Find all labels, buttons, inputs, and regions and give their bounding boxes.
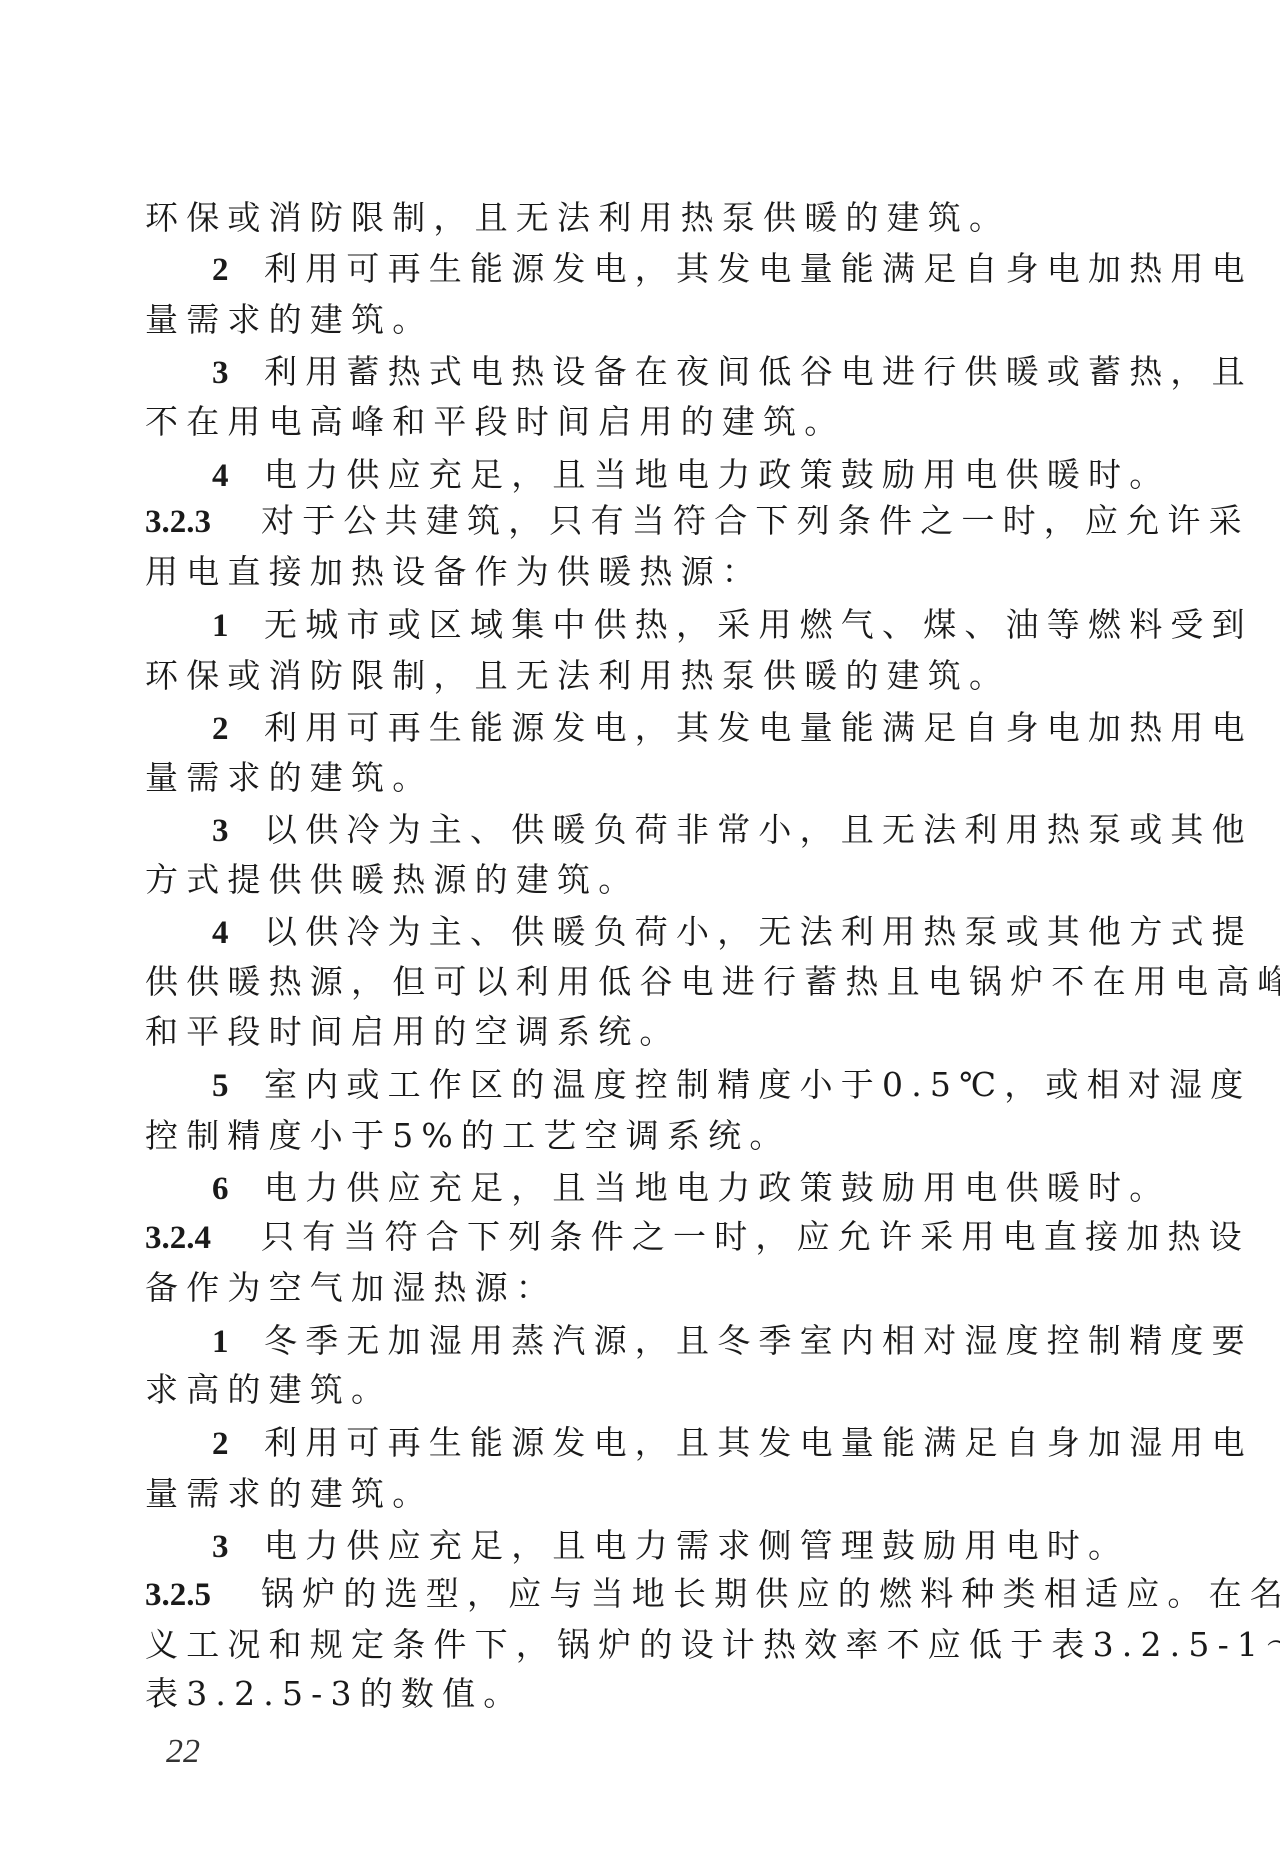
line-text: 表3.2.5-3的数值。: [145, 1674, 525, 1713]
line-text: 利用可再生能源发电，且其发电量能满足自身加湿用电: [264, 1423, 1253, 1462]
item-number: 2: [212, 704, 264, 754]
item-number: 3: [212, 806, 264, 856]
text-line: 供供暖热源，但可以利用低谷电进行蓄热且电锅炉不在用电高峰: [145, 957, 1090, 1007]
text-line: 环保或消防限制，且无法利用热泵供暖的建筑。: [145, 651, 1090, 701]
line-text: 利用蓄热式电热设备在夜间低谷电进行供暖或蓄热，且: [264, 352, 1253, 391]
line-text: 无城市或区域集中供热，采用燃气、煤、油等燃料受到: [264, 605, 1253, 644]
line-text: 环保或消防限制，且无法利用热泵供暖的建筑。: [145, 198, 1010, 237]
line-text: 用电直接加热设备作为供暖热源：: [145, 552, 763, 591]
text-line: 控制精度小于5%的工艺空调系统。: [145, 1111, 1090, 1161]
item-number: 6: [212, 1164, 264, 1214]
document-page: 环保或消防限制，且无法利用热泵供暖的建筑。2利用可再生能源发电，其发电量能满足自…: [0, 0, 1280, 1853]
line-text: 义工况和规定条件下，锅炉的设计热效率不应低于表3.2.5-1～: [145, 1625, 1280, 1664]
line-text: 电力供应充足，且当地电力政策鼓励用电供暖时。: [264, 1168, 1170, 1207]
line-text: 控制精度小于5%的工艺空调系统。: [145, 1116, 791, 1155]
line-text: 求高的建筑。: [145, 1370, 392, 1409]
text-line: 方式提供供暖热源的建筑。: [145, 855, 1090, 905]
text-line: 量需求的建筑。: [145, 295, 1090, 345]
line-text: 量需求的建筑。: [145, 1474, 433, 1513]
line-text: 不在用电高峰和平段时间启用的建筑。: [145, 402, 845, 441]
item-number: 4: [212, 908, 264, 958]
line-text: 和平段时间启用的空调系统。: [145, 1012, 681, 1051]
item-number: 3: [212, 348, 264, 398]
list-item-line: 6电力供应充足，且当地电力政策鼓励用电供暖时。: [212, 1163, 1090, 1213]
text-line: 备作为空气加湿热源：: [145, 1263, 1090, 1313]
line-text: 以供冷为主、供暖负荷小，无法利用热泵或其他方式提: [264, 912, 1253, 951]
line-text: 备作为空气加湿热源：: [145, 1268, 557, 1307]
line-text: 利用可再生能源发电，其发电量能满足自身电加热用电: [264, 249, 1253, 288]
list-item-line: 2利用可再生能源发电，其发电量能满足自身电加热用电: [212, 244, 1090, 294]
list-item-line: 4以供冷为主、供暖负荷小，无法利用热泵或其他方式提: [212, 907, 1090, 957]
clause-line: 3.2.3对于公共建筑，只有当符合下列条件之一时，应允许采: [145, 496, 1090, 546]
page-number: 22: [166, 1733, 200, 1771]
list-item-line: 4电力供应充足，且当地电力政策鼓励用电供暖时。: [212, 450, 1090, 500]
text-line: 表3.2.5-3的数值。: [145, 1669, 1090, 1719]
clause-line: 3.2.4只有当符合下列条件之一时，应允许采用电直接加热设: [145, 1212, 1090, 1262]
line-text: 锅炉的选型，应与当地长期供应的燃料种类相适应。在名: [261, 1574, 1280, 1613]
list-item-line: 3利用蓄热式电热设备在夜间低谷电进行供暖或蓄热，且: [212, 347, 1090, 397]
clause-line: 3.2.5锅炉的选型，应与当地长期供应的燃料种类相适应。在名: [145, 1569, 1090, 1619]
line-text: 量需求的建筑。: [145, 758, 433, 797]
list-item-line: 3以供冷为主、供暖负荷非常小，且无法利用热泵或其他: [212, 805, 1090, 855]
list-item-line: 1无城市或区域集中供热，采用燃气、煤、油等燃料受到: [212, 600, 1090, 650]
text-line: 义工况和规定条件下，锅炉的设计热效率不应低于表3.2.5-1～: [145, 1620, 1090, 1670]
line-text: 电力供应充足，且当地电力政策鼓励用电供暖时。: [264, 455, 1170, 494]
text-line: 量需求的建筑。: [145, 1469, 1090, 1519]
list-item-line: 2利用可再生能源发电，且其发电量能满足自身加湿用电: [212, 1418, 1090, 1468]
item-number: 1: [212, 1317, 264, 1367]
item-number: 5: [212, 1061, 264, 1111]
text-line: 用电直接加热设备作为供暖热源：: [145, 547, 1090, 597]
line-text: 环保或消防限制，且无法利用热泵供暖的建筑。: [145, 656, 1010, 695]
text-line: 环保或消防限制，且无法利用热泵供暖的建筑。: [145, 193, 1090, 243]
text-line: 求高的建筑。: [145, 1365, 1090, 1415]
item-number: 3: [212, 1522, 264, 1572]
list-item-line: 5室内或工作区的温度控制精度小于0.5℃，或相对湿度: [212, 1060, 1090, 1110]
list-item-line: 1冬季无加湿用蒸汽源，且冬季室内相对湿度控制精度要: [212, 1316, 1090, 1366]
list-item-line: 2利用可再生能源发电，其发电量能满足自身电加热用电: [212, 703, 1090, 753]
item-number: 4: [212, 451, 264, 501]
text-line: 不在用电高峰和平段时间启用的建筑。: [145, 397, 1090, 447]
line-text: 利用可再生能源发电，其发电量能满足自身电加热用电: [264, 708, 1253, 747]
line-text: 以供冷为主、供暖负荷非常小，且无法利用热泵或其他: [264, 810, 1253, 849]
item-number: 2: [212, 1419, 264, 1469]
line-text: 方式提供供暖热源的建筑。: [145, 860, 639, 899]
clause-number: 3.2.4: [145, 1213, 261, 1263]
text-line: 量需求的建筑。: [145, 753, 1090, 803]
list-item-line: 3电力供应充足，且电力需求侧管理鼓励用电时。: [212, 1521, 1090, 1571]
line-text: 对于公共建筑，只有当符合下列条件之一时，应允许采: [261, 501, 1250, 540]
item-number: 2: [212, 245, 264, 295]
text-line: 和平段时间启用的空调系统。: [145, 1007, 1090, 1057]
clause-number: 3.2.3: [145, 497, 261, 547]
item-number: 1: [212, 601, 264, 651]
line-text: 冬季无加湿用蒸汽源，且冬季室内相对湿度控制精度要: [264, 1321, 1253, 1360]
line-text: 室内或工作区的温度控制精度小于0.5℃，或相对湿度: [264, 1065, 1251, 1104]
clause-number: 3.2.5: [145, 1570, 261, 1620]
line-text: 只有当符合下列条件之一时，应允许采用电直接加热设: [261, 1217, 1250, 1256]
line-text: 供供暖热源，但可以利用低谷电进行蓄热且电锅炉不在用电高峰: [145, 962, 1280, 1001]
line-text: 量需求的建筑。: [145, 300, 433, 339]
line-text: 电力供应充足，且电力需求侧管理鼓励用电时。: [264, 1526, 1129, 1565]
